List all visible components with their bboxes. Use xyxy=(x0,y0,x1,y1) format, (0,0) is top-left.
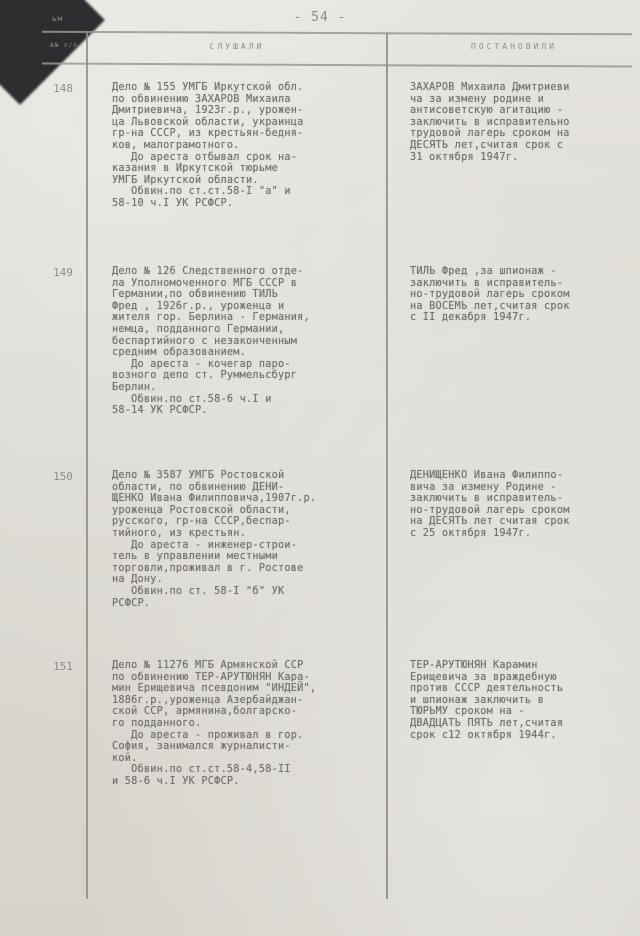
entry-resolved-text: ТИЛЬ Фред ,за шпионаж - заключить в испр… xyxy=(410,266,638,324)
column-divider-heard xyxy=(386,33,388,899)
entry-number: 151 xyxy=(40,660,86,673)
table-header-rule xyxy=(42,62,632,67)
table-top-rule xyxy=(42,31,632,36)
scanned-document-page: ьм - 54 - №№ п/п СЛУШАЛИ ПОСТАНОВИЛИ 148… xyxy=(0,0,640,936)
column-divider-number xyxy=(86,33,88,899)
column-header-resolved: ПОСТАНОВИЛИ xyxy=(388,42,640,51)
column-header-number: №№ п/п xyxy=(42,42,86,49)
entry-number: 148 xyxy=(40,82,86,95)
entry-heard-text: Дело № 126 Следственного отде- ла Уполно… xyxy=(112,266,384,417)
entry-number: 149 xyxy=(40,266,86,279)
entry-heard-text: Дело № 155 УМГБ Иркутской обл. по обвине… xyxy=(112,82,384,210)
column-header-heard: СЛУШАЛИ xyxy=(88,42,386,51)
entry-number: 150 xyxy=(40,470,86,483)
entry-heard-text: Дело № 3587 УМГБ Ростовской области, по … xyxy=(112,470,384,609)
entry-resolved-text: ДЕНИЩЕНКО Ивана Филиппо- вича за измену … xyxy=(410,470,638,540)
entry-heard-text: Дело № 11276 МГБ Армянской ССР по обвине… xyxy=(112,660,384,788)
entry-resolved-text: ТЕР-АРУТЮНЯН Карамин Ерищевича за вражде… xyxy=(410,660,638,741)
entry-resolved-text: ЗАХАРОВ Михаила Дмитриеви ча за измену р… xyxy=(410,82,638,163)
page-number: - 54 - xyxy=(0,10,640,25)
